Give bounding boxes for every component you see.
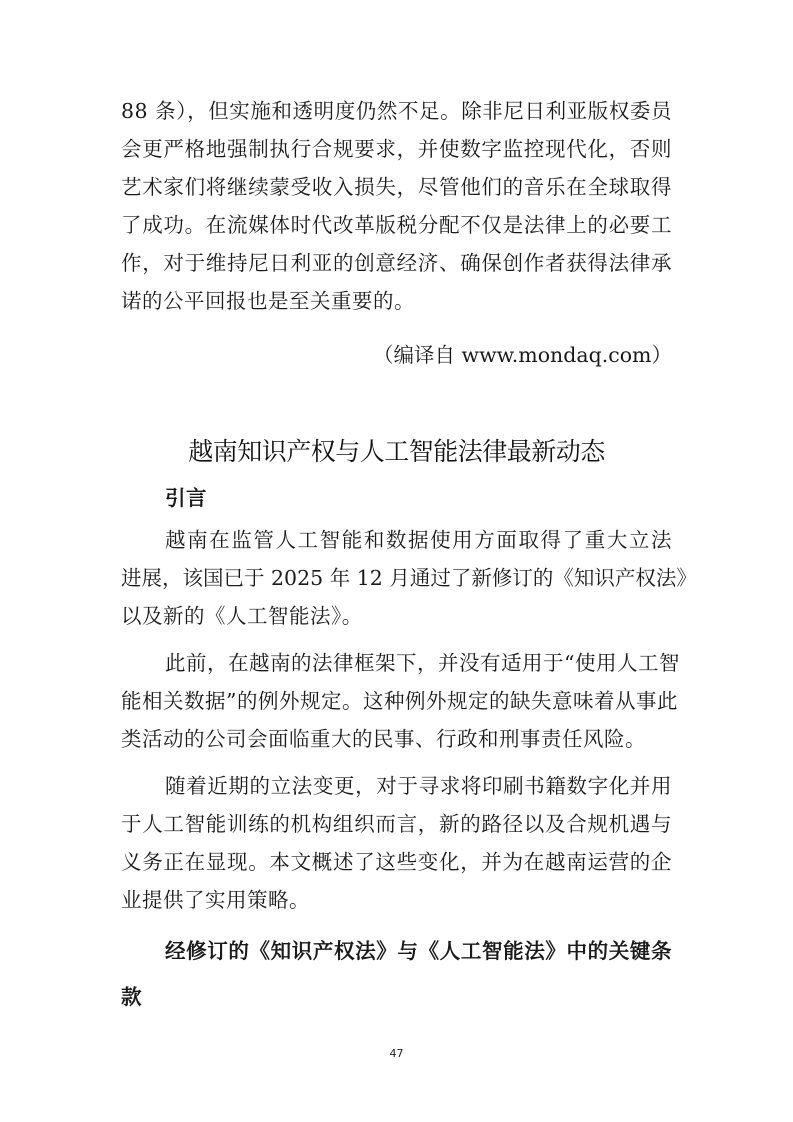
text-line: 88 条），但实施和透明度仍然不足。除非尼日利亚版权委员 xyxy=(121,96,672,126)
text-line: 款 xyxy=(121,982,672,1012)
text-line: 义务正在显现。本文概述了这些变化，并为在越南运营的企 xyxy=(121,847,672,877)
text-line: 艺术家们将继续蒙受收入损失，尽管他们的音乐在全球取得 xyxy=(121,172,672,202)
document-page: 88 条），但实施和透明度仍然不足。除非尼日利亚版权委员 会更严格地强制执行合规… xyxy=(0,0,793,1122)
text-line: 进展，该国已于 2025 年 12 月通过了新修订的《知识产权法》 xyxy=(121,563,672,593)
text-line: 类活动的公司会面临重大的民事、行政和刑事责任风险。 xyxy=(121,724,672,754)
article-title: 越南知识产权与人工智能法律最新动态 xyxy=(0,436,793,468)
text-line: 随着近期的立法变更，对于寻求将印刷书籍数字化并用 xyxy=(165,771,672,801)
page-number: 47 xyxy=(0,1047,793,1060)
text-line: 能相关数据”的例外规定。这种例外规定的缺失意味着从事此 xyxy=(121,686,672,716)
text-line: 此前，在越南的法律框架下，并没有适用于“使用人工智 xyxy=(165,648,672,678)
text-line: 于人工智能训练的机构组织而言，新的路径以及合规机遇与 xyxy=(121,809,672,839)
text-line: 以及新的《人工智能法》。 xyxy=(121,601,672,631)
text-line: 会更严格地强制执行合规要求，并使数字监控现代化，否则 xyxy=(121,134,672,164)
text-line: 作，对于维持尼日利亚的创意经济、确保创作者获得法律承 xyxy=(121,248,672,278)
text-line: 诺的公平回报也是至关重要的。 xyxy=(121,286,672,316)
text-line: 了成功。在流媒体时代改革版税分配不仅是法律上的必要工 xyxy=(121,210,672,240)
text-line: 经修订的《知识产权法》与《人工智能法》中的关键条 xyxy=(165,936,672,966)
intro-heading: 引言 xyxy=(165,483,672,513)
source-note: （编译自 www.mondaq.com） xyxy=(121,340,672,370)
text-line: 业提供了实用策略。 xyxy=(121,885,672,915)
text-line: 越南在监管人工智能和数据使用方面取得了重大立法 xyxy=(165,525,672,555)
